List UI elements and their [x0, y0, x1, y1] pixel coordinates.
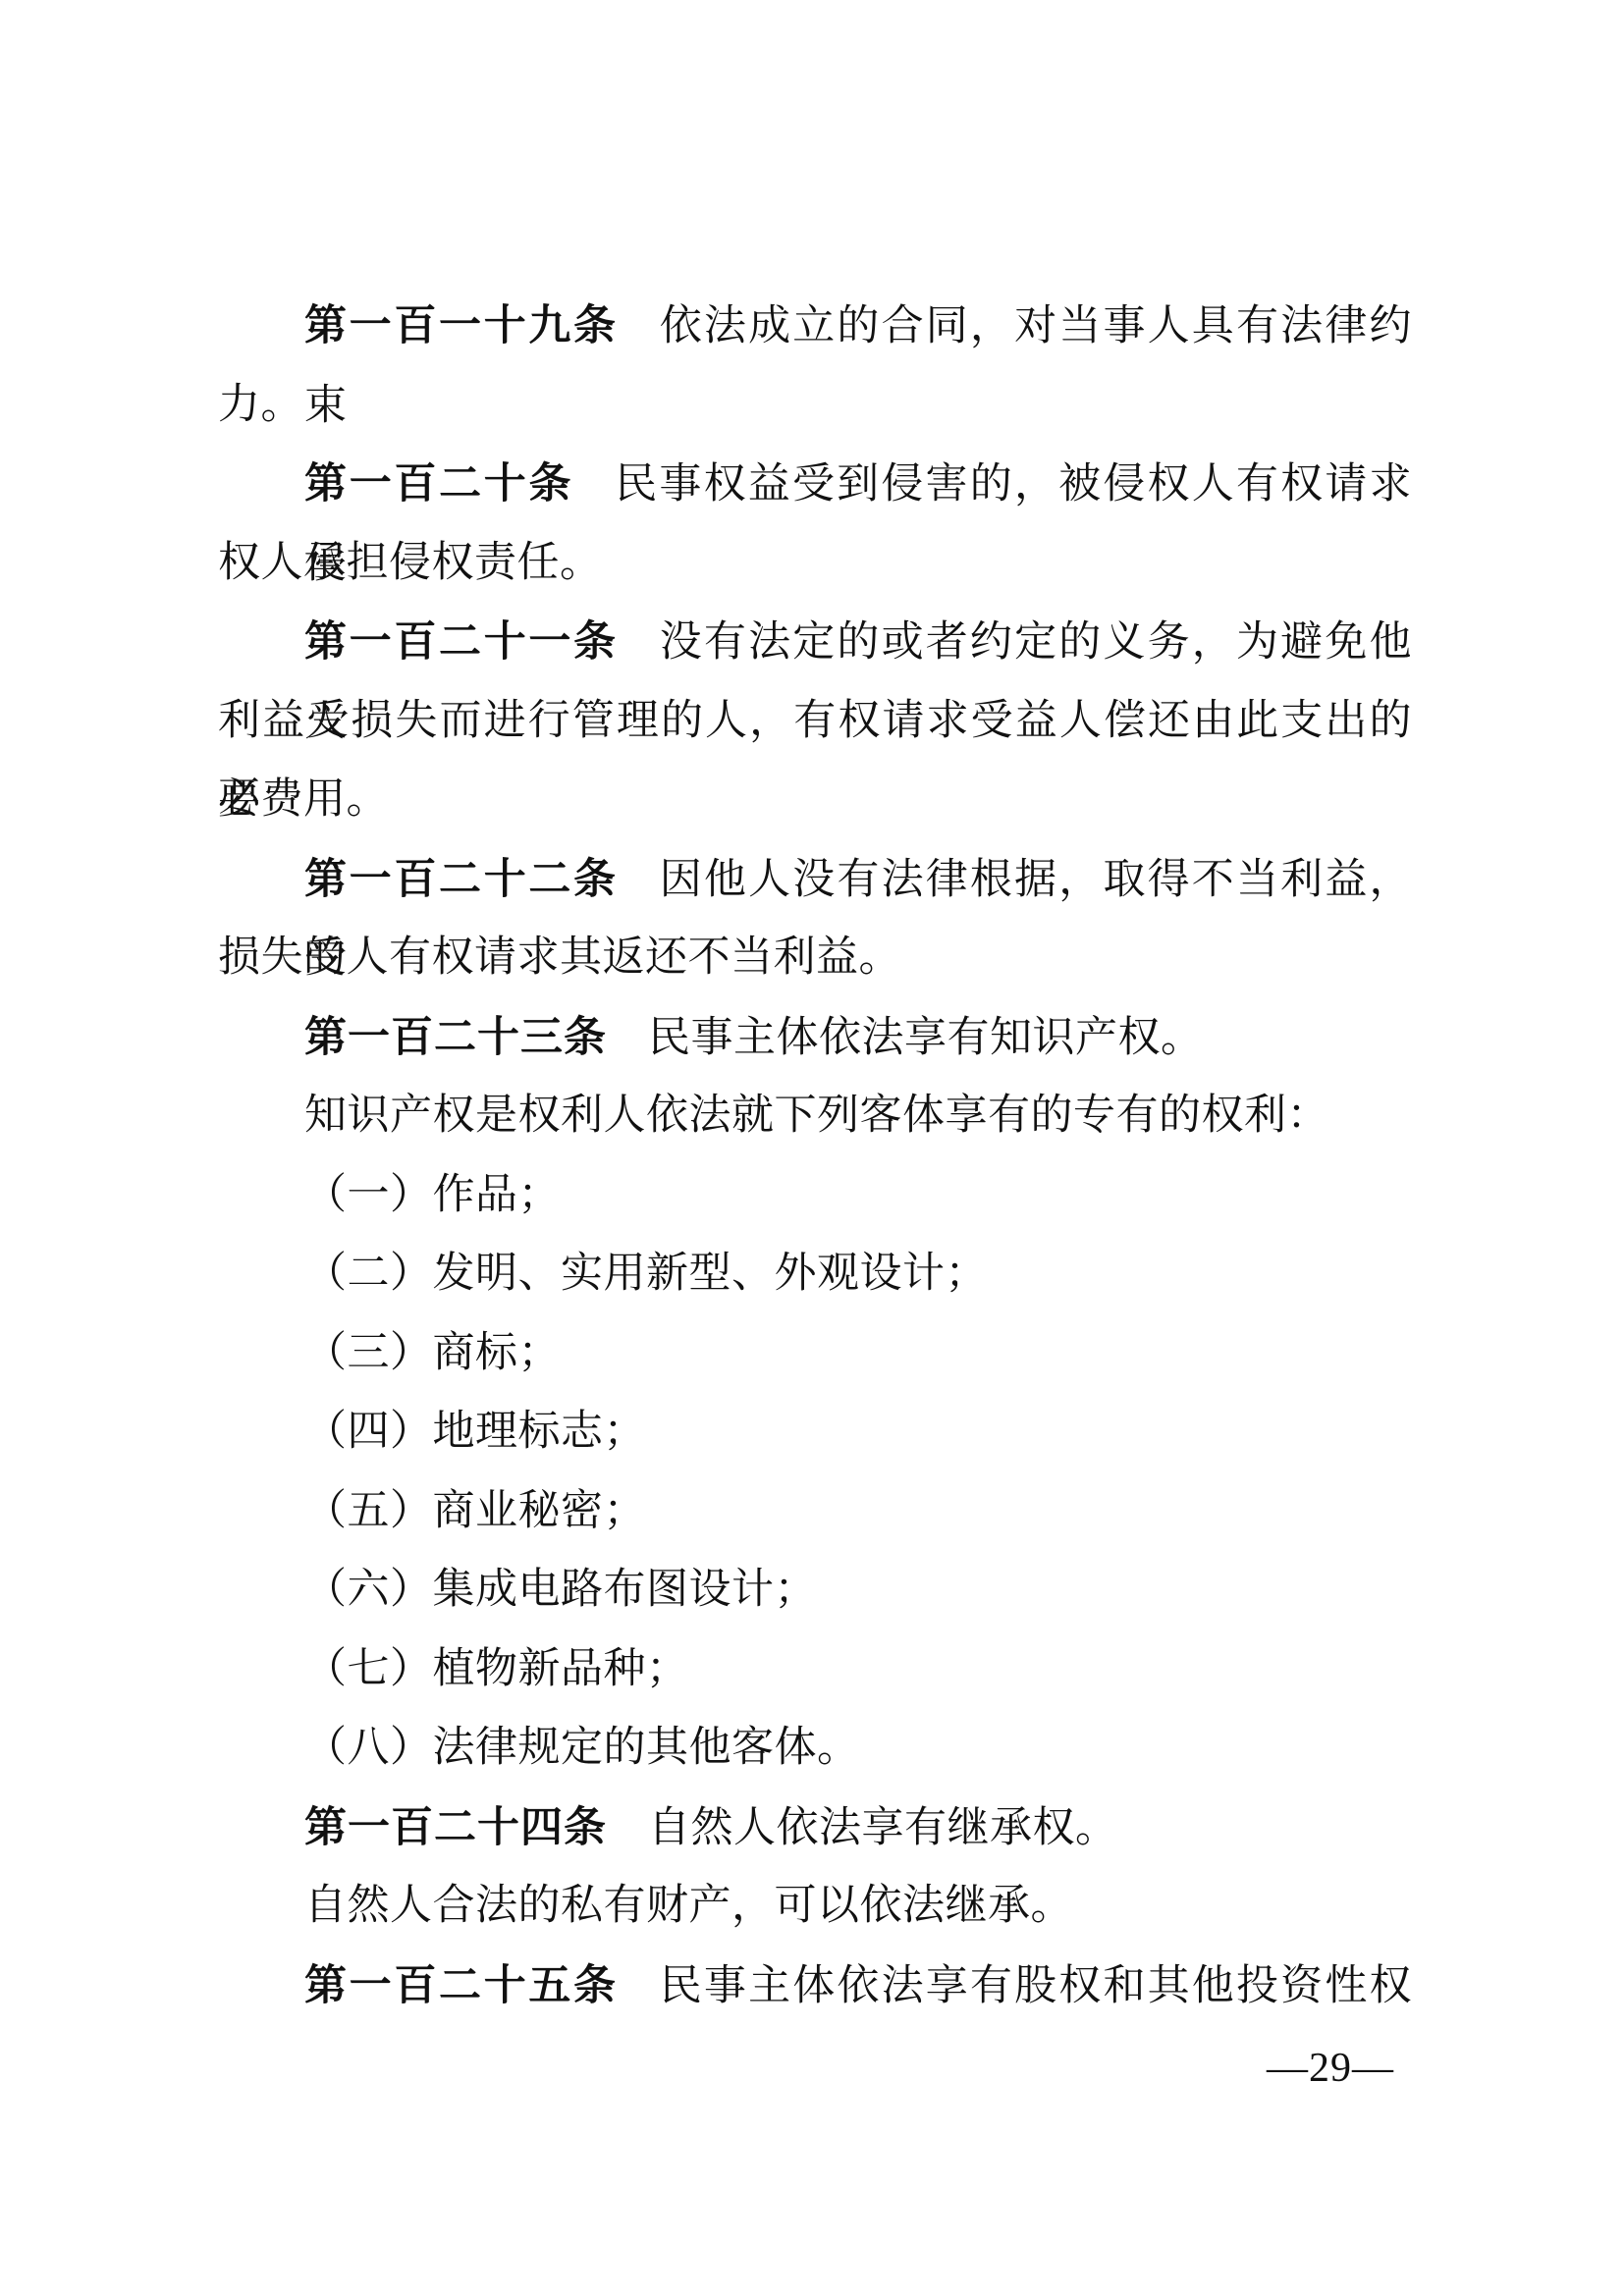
article-number: 第一百二十一条	[304, 618, 619, 666]
article-number: 第一百二十二条	[304, 856, 619, 903]
article-text: （八）法律规定的其他客体。	[304, 1725, 860, 1771]
article-text: 民事主体依法享有股权和其他投资性权	[660, 1963, 1412, 2009]
text-line: 利益受损失而进行管理的人，有权请求受益人偿还由此支出的必	[218, 682, 1412, 762]
article-text: 要费用。	[218, 776, 389, 823]
text-line: 第一百二十条民事权益受到侵害的，被侵权人有权请求侵	[218, 445, 1412, 524]
text-line: 知识产权是权利人依法就下列客体享有的专有的权利：	[218, 1077, 1412, 1156]
text-line: 力。	[218, 366, 1412, 446]
article-text: 力。	[218, 382, 303, 428]
article-text: 损失的人有权请求其返还不当利益。	[218, 934, 901, 981]
article-number: 第一百二十四条	[304, 1804, 607, 1851]
page-number: —29—	[1267, 2042, 1394, 2095]
article-text: （三）商标；	[304, 1330, 561, 1376]
article-text: （六）集成电路布图设计；	[304, 1567, 817, 1613]
text-line: （八）法律规定的其他客体。	[218, 1709, 1412, 1789]
article-text: 自然人合法的私有财产，可以依法继承。	[304, 1883, 1073, 1929]
text-line: 第一百二十四条自然人依法享有继承权。	[218, 1789, 1412, 1868]
text-line: （三）商标；	[218, 1314, 1412, 1394]
article-number: 第一百二十五条	[304, 1962, 619, 2009]
article-number: 第一百二十三条	[304, 1014, 607, 1061]
text-line: 第一百二十五条民事主体依法享有股权和其他投资性权	[218, 1947, 1412, 2026]
text-line: 第一百二十一条没有法定的或者约定的义务，为避免他人	[218, 603, 1412, 682]
document-page: 第一百一十九条依法成立的合同，对当事人具有法律约束力。第一百二十条民事权益受到侵…	[0, 0, 1624, 2296]
text-line: （四）地理标志；	[218, 1393, 1412, 1472]
text-line: 第一百一十九条依法成立的合同，对当事人具有法律约束	[218, 287, 1412, 366]
article-text: （七）植物新品种；	[304, 1646, 689, 1692]
document-body: 第一百一十九条依法成立的合同，对当事人具有法律约束力。第一百二十条民事权益受到侵…	[218, 287, 1412, 2025]
article-text: （五）商业秘密；	[304, 1488, 646, 1534]
text-line: 损失的人有权请求其返还不当利益。	[218, 919, 1412, 998]
text-line: 要费用。	[218, 761, 1412, 840]
article-text: 权人承担侵权责任。	[218, 540, 603, 586]
article-number: 第一百一十九条	[304, 302, 619, 349]
article-text: 自然人依法享有继承权。	[648, 1805, 1118, 1851]
text-line: 第一百二十二条因他人没有法律根据，取得不当利益，受	[218, 840, 1412, 920]
text-line: 权人承担侵权责任。	[218, 524, 1412, 604]
article-text: （二）发明、实用新型、外观设计；	[304, 1251, 988, 1297]
text-line: （二）发明、实用新型、外观设计；	[218, 1235, 1412, 1314]
article-number: 第一百二十条	[304, 460, 573, 507]
text-line: （一）作品；	[218, 1156, 1412, 1236]
text-line: （六）集成电路布图设计；	[218, 1551, 1412, 1630]
article-text: 民事主体依法享有知识产权。	[648, 1015, 1204, 1061]
text-line: 第一百二十三条民事主体依法享有知识产权。	[218, 998, 1412, 1078]
article-text: （一）作品；	[304, 1172, 561, 1218]
article-text: （四）地理标志；	[304, 1409, 646, 1455]
text-line: 自然人合法的私有财产，可以依法继承。	[218, 1867, 1412, 1947]
text-line: （五）商业秘密；	[218, 1472, 1412, 1552]
article-text: 知识产权是权利人依法就下列客体享有的专有的权利：	[304, 1093, 1329, 1139]
text-line: （七）植物新品种；	[218, 1630, 1412, 1710]
